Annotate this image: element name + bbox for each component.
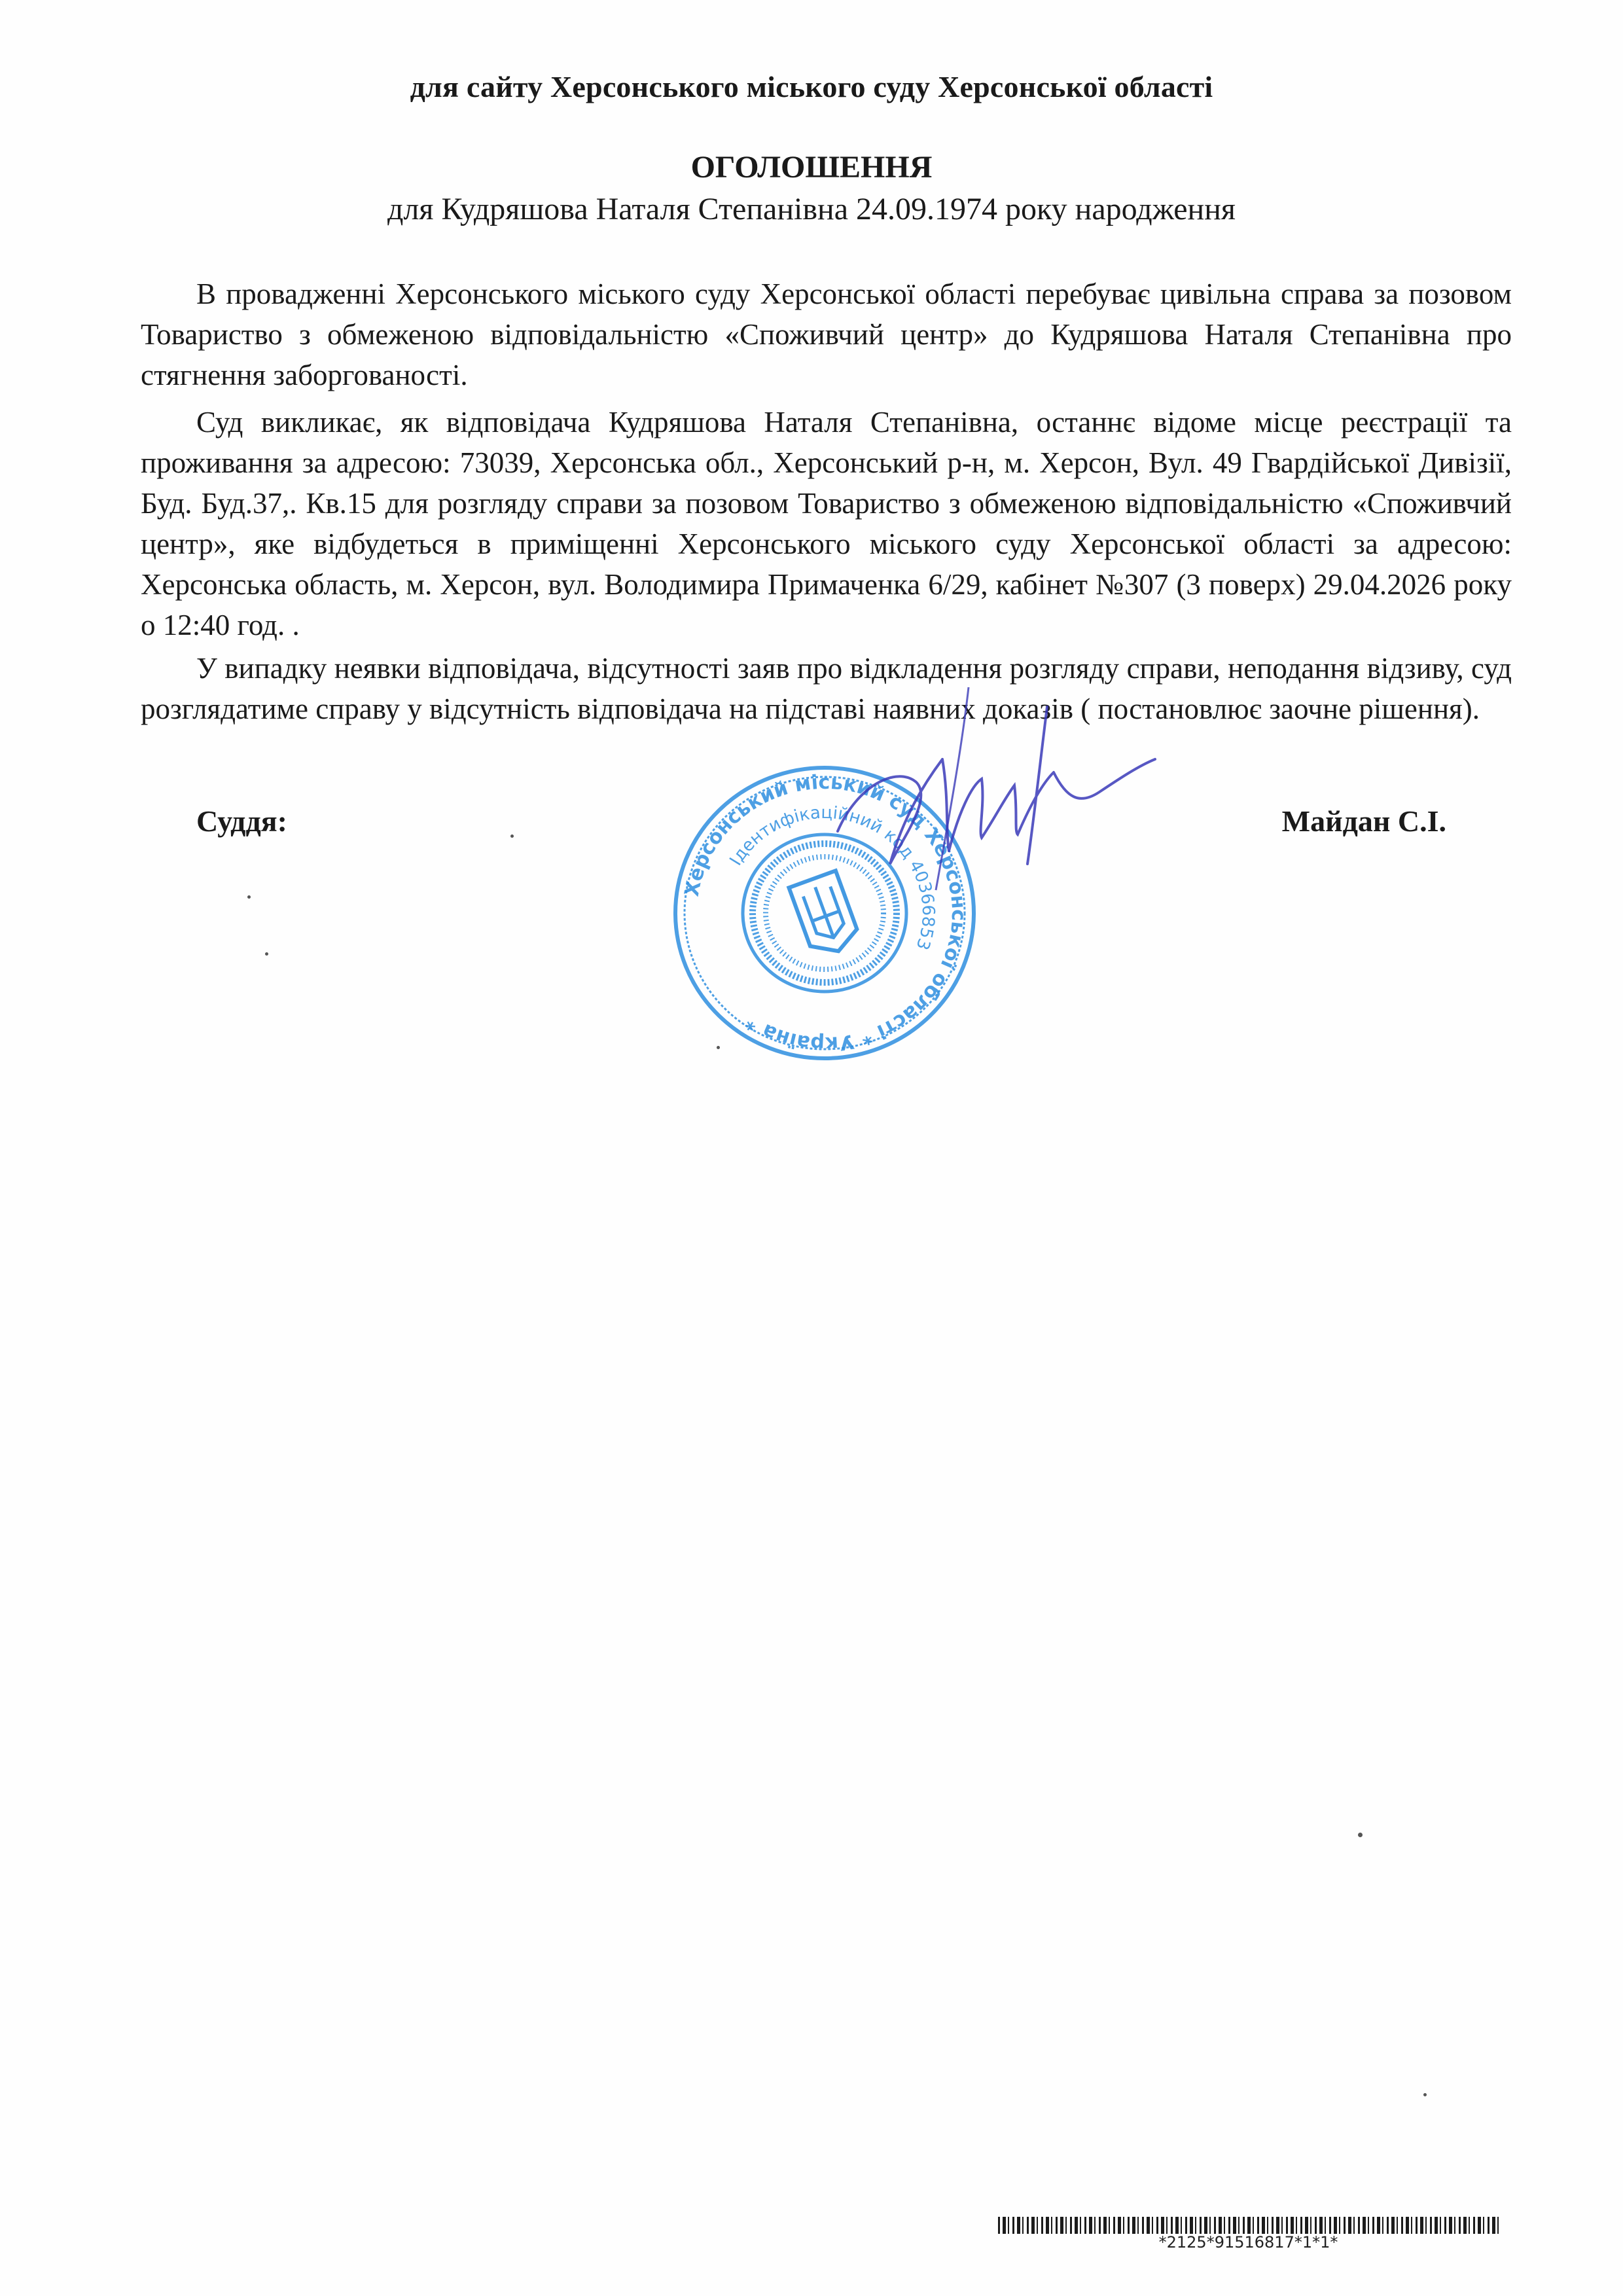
document-subtitle: для Кудряшова Наталя Степанівна 24.09.19… xyxy=(0,191,1623,227)
handwritten-signature-icon xyxy=(818,668,1158,903)
barcode-number: *2125*91516817*1*1* xyxy=(998,2233,1499,2251)
scan-speck xyxy=(265,952,268,956)
document-page: для сайту Херсонського міського суду Хер… xyxy=(0,0,1623,2296)
judge-name: Майдан С.І. xyxy=(1282,804,1446,838)
scan-speck xyxy=(510,834,514,838)
document-title: ОГОЛОШЕННЯ xyxy=(0,149,1623,185)
scan-speck xyxy=(717,1046,720,1049)
paragraph-case-info: В провадженні Херсонського міського суду… xyxy=(141,274,1512,395)
scan-speck xyxy=(247,895,251,899)
document-barcode xyxy=(998,2217,1499,2234)
document-body: В провадженні Херсонського міського суду… xyxy=(141,274,1512,729)
document-header: для сайту Херсонського міського суду Хер… xyxy=(0,69,1623,104)
scan-speck xyxy=(1423,2093,1427,2096)
paragraph-summons: Суд викликає, як відповідача Кудряшова Н… xyxy=(141,402,1512,645)
scan-speck xyxy=(1358,1833,1363,1837)
judge-label: Суддя: xyxy=(196,804,287,838)
